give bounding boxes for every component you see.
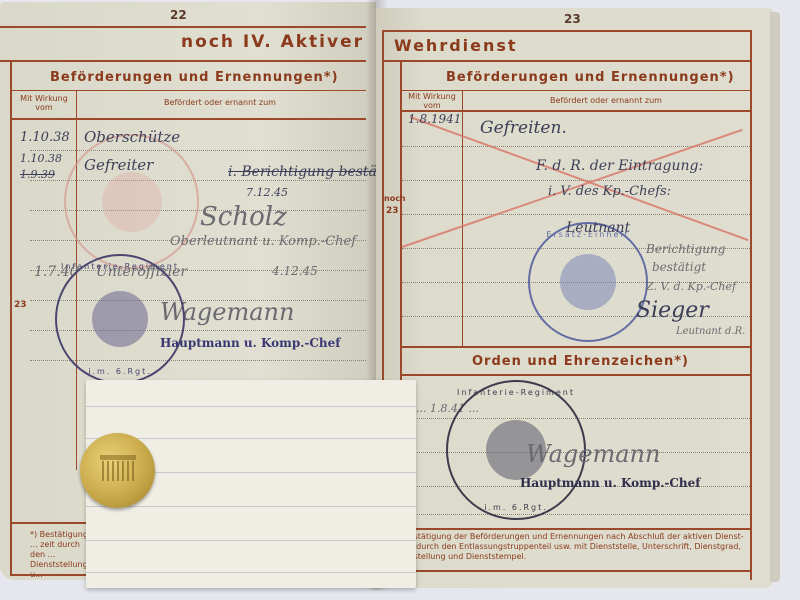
annotation-line: Leutnant <box>566 220 630 236</box>
medals-title: Orden und Ehrenzeichen*) <box>472 354 689 369</box>
annotation-line: i. V. des Kp.-Chefs: <box>548 184 671 199</box>
entry-rank: Gefreiter <box>84 156 153 174</box>
annotation-line: bestätigt <box>652 260 706 274</box>
wehrpass-spread: 22 noch IV. Aktiver Beförderungen und Er… <box>0 0 800 600</box>
footnote: *) Bestätigung ... zeit durch den ... Di… <box>30 530 90 580</box>
right-page: 23 Wehrdienst Beförderungen und Ernennun… <box>376 8 774 588</box>
annotation-line: F. d. R. der Eintragung: <box>536 158 703 174</box>
entry-date: 1.10.38 <box>20 152 62 165</box>
col-header-rank: Befördert oder ernannt zum <box>466 96 746 105</box>
signature: Wagemann <box>526 440 660 468</box>
entry-date-struck: 1.9.39 <box>20 168 55 181</box>
footnote: ...stätigung der Beförderungen und Ernen… <box>406 532 746 562</box>
stamp-caption: Hauptmann u. Komp.-Chef <box>520 476 700 490</box>
annotation-date: 7.12.45 <box>246 186 288 199</box>
col-header-date: Mit Wirkung vom <box>402 92 462 110</box>
entry-date: 1.8.1941 <box>408 112 458 127</box>
unit-stamp: Ersatz-Einheit <box>528 222 648 342</box>
page-number: 22 <box>170 8 187 22</box>
page-header: Wehrdienst <box>394 36 518 55</box>
side-label: 23 <box>14 300 27 310</box>
coin <box>80 433 155 508</box>
section-title: Beförderungen und Ernennungen*) <box>50 70 339 85</box>
entry-rank: Oberschütze <box>84 128 180 146</box>
annotation-line: Z. V. d. Kp.-Chef <box>646 280 736 293</box>
col-header-date: Mit Wirkung vom <box>12 94 76 112</box>
signature: Sieger <box>636 298 709 323</box>
cover-edge <box>770 12 780 582</box>
page-header: noch IV. Aktiver <box>181 32 364 52</box>
page-number: 23 <box>564 12 581 26</box>
stamp-caption: Hauptmann u. Komp.-Chef <box>160 336 340 350</box>
side-label-number: 23 <box>386 206 399 216</box>
entry-second-date: 4.12.45 <box>272 264 318 278</box>
side-label-noch: noch <box>384 194 406 203</box>
section-title: Beförderungen und Ernennungen*) <box>446 70 735 85</box>
regiment-stamp: Infanterie-Regiment i.m. 6.Rgt. <box>55 254 185 384</box>
entry-rank: Gefreiten. <box>480 118 567 138</box>
entry-date: 1.10.38 <box>20 130 70 145</box>
col-header-rank: Befördert oder ernannt zum <box>80 98 360 107</box>
signature: Scholz <box>200 202 287 232</box>
annotation-title: Oberleutnant u. Komp.-Chef <box>170 234 356 249</box>
annotation-line: Leutnant d.R. <box>676 326 745 337</box>
annotation-note: i. Berichtigung bestä. <box>228 164 381 180</box>
annotation-line: Berichtigung <box>646 242 725 256</box>
